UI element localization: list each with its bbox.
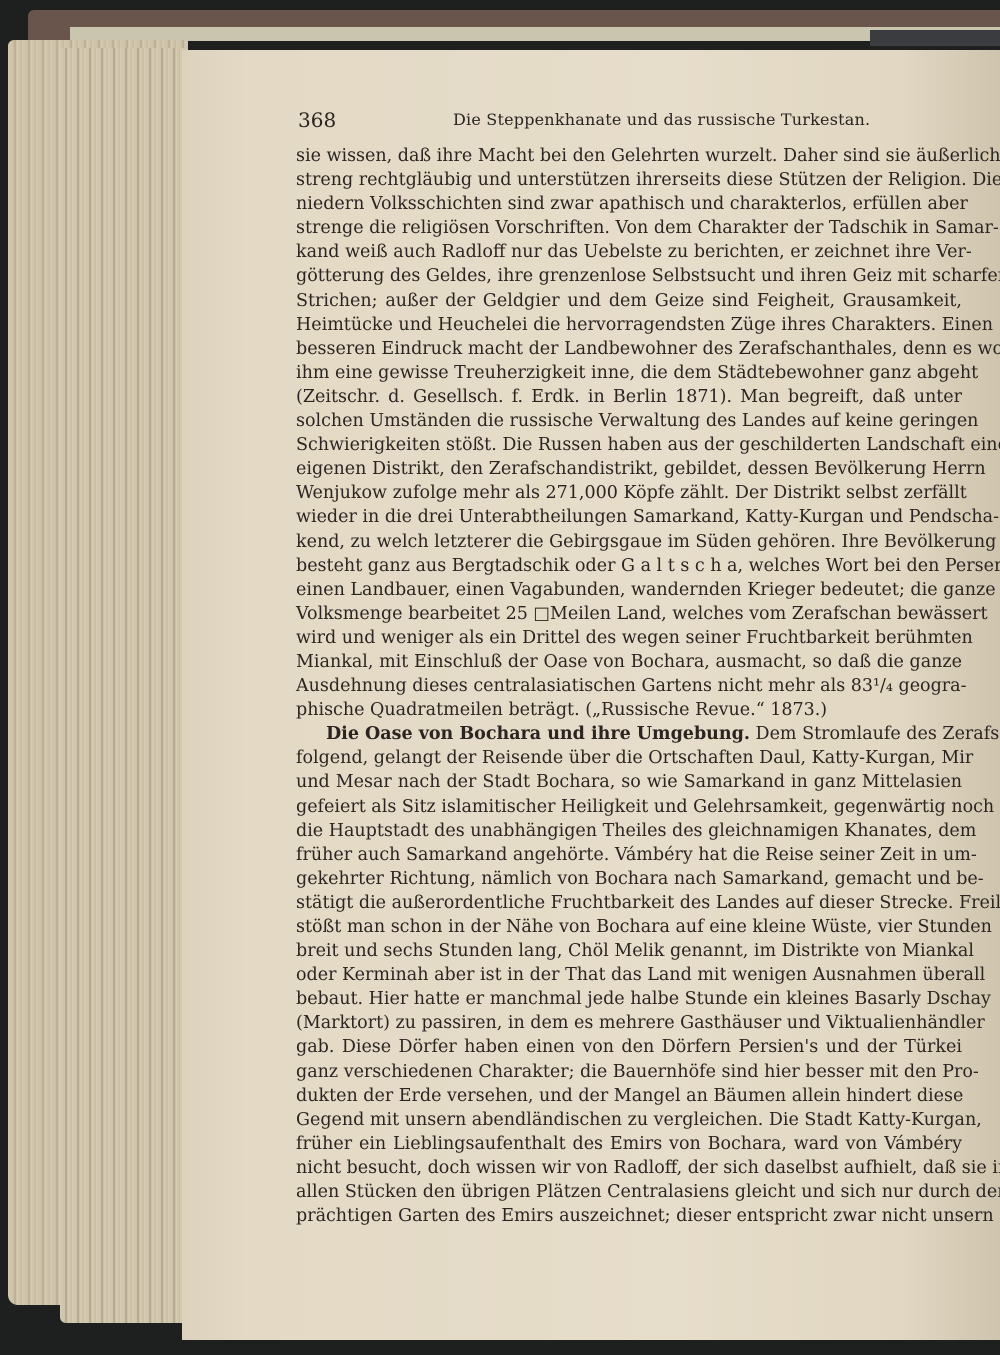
text-line: breit und sechs Stunden lang, Chöl Melik… xyxy=(296,939,962,963)
text-line: die Hauptstadt des unabhängigen Theiles … xyxy=(296,819,962,843)
text-line: (Marktort) zu passiren, in dem es mehrer… xyxy=(296,1011,962,1035)
text-line: früher ein Lieblingsaufenthalt des Emirs… xyxy=(296,1132,962,1156)
text-line: früher auch Samarkand angehörte. Vámbéry… xyxy=(296,843,962,867)
book-page: 368 Die Steppenkhanate und das russische… xyxy=(182,50,1000,1340)
page-edges-inner xyxy=(60,48,185,1323)
book-cover-right xyxy=(870,30,1000,46)
text-line: prächtigen Garten des Emirs auszeichnet;… xyxy=(296,1204,962,1228)
text-line: gab. Diese Dörfer haben einen von den Dö… xyxy=(296,1035,962,1059)
text-line: gekehrter Richtung, nämlich von Bochara … xyxy=(296,867,962,891)
text-line: Miankal, mit Einschluß der Oase von Boch… xyxy=(296,650,962,674)
text-line: Strichen; außer der Geldgier und dem Gei… xyxy=(296,289,962,313)
text-line: götterung des Geldes, ihre grenzenlose S… xyxy=(296,264,962,288)
section-heading: Die Oase von Bochara und ihre Umgebung. xyxy=(326,724,750,744)
body-text: sie wissen, daß ihre Macht bei den Geleh… xyxy=(296,144,962,1228)
paragraph-1: sie wissen, daß ihre Macht bei den Geleh… xyxy=(296,144,962,722)
text-line: ganz verschiedenen Charakter; die Bauern… xyxy=(296,1060,962,1084)
text-line: gefeiert als Sitz islamitischer Heiligke… xyxy=(296,795,962,819)
text-line: Volksmenge bearbeitet 25 □Meilen Land, w… xyxy=(296,602,962,626)
text-line: Schwierigkeiten stößt. Die Russen haben … xyxy=(296,433,962,457)
text-line: kand weiß auch Radloff nur das Uebelste … xyxy=(296,240,962,264)
text-line: oder Kerminah aber ist in der That das L… xyxy=(296,963,962,987)
section-heading-line: Die Oase von Bochara und ihre Umgebung. … xyxy=(296,722,962,746)
text-line: wird und weniger als ein Drittel des weg… xyxy=(296,626,962,650)
text-line: stößt man schon in der Nähe von Bochara … xyxy=(296,915,962,939)
text-line: stätigt die außerordentliche Fruchtbarke… xyxy=(296,891,962,915)
text-line: besseren Eindruck macht der Landbewohner… xyxy=(296,337,962,361)
text-line: eigenen Distrikt, den Zerafschandistrikt… xyxy=(296,457,962,481)
text-line: folgend, gelangt der Reisende über die O… xyxy=(296,746,962,770)
text-line: kend, zu welch letzterer die Gebirgsgaue… xyxy=(296,530,962,554)
text-line: nicht besucht, doch wissen wir von Radlo… xyxy=(296,1156,962,1180)
text-line: allen Stücken den übrigen Plätzen Centra… xyxy=(296,1180,962,1204)
text-line: ihm eine gewisse Treuherzigkeit inne, di… xyxy=(296,361,962,385)
text-line: besteht ganz aus Bergtadschik oder G a l… xyxy=(296,554,962,578)
text-line: bebaut. Hier hatte er manchmal jede halb… xyxy=(296,987,962,1011)
text-line: strenge die religiösen Vorschriften. Von… xyxy=(296,216,962,240)
text-line: Ausdehnung dieses centralasiatischen Gar… xyxy=(296,674,962,698)
text-line: (Zeitschr. d. Gesellsch. f. Erdk. in Ber… xyxy=(296,385,962,409)
page-number: 368 xyxy=(298,108,336,132)
text-line: und Mesar nach der Stadt Bochara, so wie… xyxy=(296,770,962,794)
text-line: einen Landbauer, einen Vagabunden, wande… xyxy=(296,578,962,602)
text-line: solchen Umständen die russische Verwaltu… xyxy=(296,409,962,433)
text-line: Heimtücke und Heuchelei die hervorragend… xyxy=(296,313,962,337)
running-title: Die Steppenkhanate und das russische Tur… xyxy=(453,110,870,129)
book-cover-strip xyxy=(70,27,1000,41)
text-line: phische Quadratmeilen beträgt. („Russisc… xyxy=(296,698,962,722)
paragraph-2: Die Oase von Bochara und ihre Umgebung. … xyxy=(296,722,962,1228)
text-line: dukten der Erde versehen, und der Mangel… xyxy=(296,1084,962,1108)
section-heading-rest: Dem Stromlaufe des Zerafschan xyxy=(756,724,1000,744)
text-line: niedern Volksschichten sind zwar apathis… xyxy=(296,192,962,216)
page-header: 368 Die Steppenkhanate und das russische… xyxy=(298,108,918,134)
text-line: Wenjukow zufolge mehr als 271,000 Köpfe … xyxy=(296,481,962,505)
text-line: Gegend mit unsern abendländischen zu ver… xyxy=(296,1108,962,1132)
text-line: sie wissen, daß ihre Macht bei den Geleh… xyxy=(296,144,962,168)
text-line: wieder in die drei Unterabtheilungen Sam… xyxy=(296,505,962,529)
text-line: streng rechtgläubig und unterstützen ihr… xyxy=(296,168,962,192)
